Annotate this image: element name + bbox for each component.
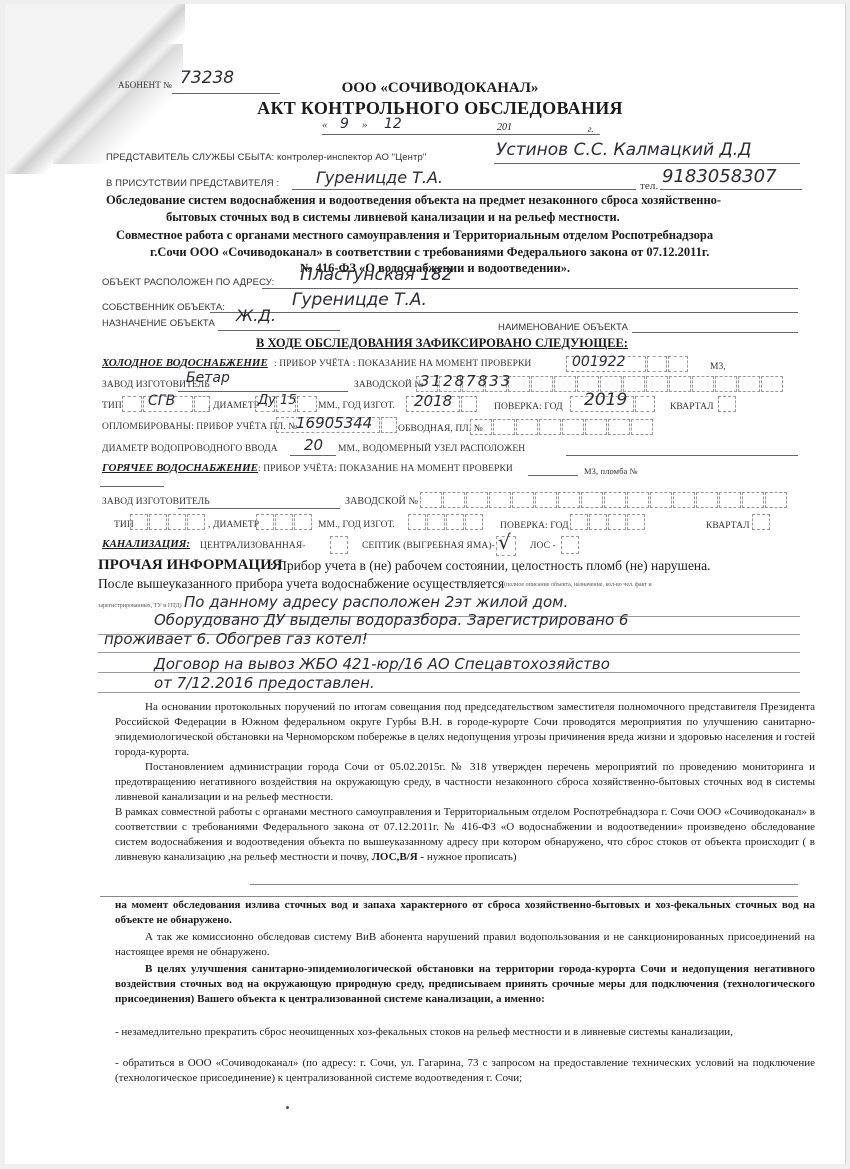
cold-diameter-label: , ДИАМЕТР bbox=[208, 401, 259, 411]
notes-rule-3 bbox=[98, 652, 800, 653]
address-underline bbox=[262, 288, 798, 289]
date-month: 12 bbox=[384, 116, 402, 132]
sewerage-section-label: КАНАЛИЗАЦИЯ: bbox=[102, 538, 190, 550]
cold-meter-label: : ПРИБОР УЧЁТА : ПОКАЗАНИЕ НА МОМЕНТ ПРО… bbox=[274, 359, 531, 369]
intro-line-4: г.Сочи ООО «Сочиводоканал» в соответстви… bbox=[150, 245, 709, 260]
body-paragraph-5-text: А так же комиссионно обследовав систему … bbox=[115, 930, 815, 960]
body-paragraph-3-bold: ЛОС,В/Я - bbox=[372, 851, 424, 863]
cold-verification-value: 2019 bbox=[584, 390, 627, 410]
findings-heading: В ХОДЕ ОБСЛЕДОВАНИЯ ЗАФИКСИРОВАНО СЛЕДУЮ… bbox=[256, 336, 628, 351]
presence-underline bbox=[292, 189, 636, 190]
notes-handwritten-3: проживает 6. Обогрев газ котел! bbox=[104, 630, 368, 648]
cold-inlet-unit-label: ММ., ВОДОМЕРНЫЙ УЗЕЛ РАСПОЛОЖЕН bbox=[338, 444, 525, 454]
hot-serial-boxes bbox=[420, 492, 788, 508]
septic-check-mark: √ bbox=[498, 530, 511, 554]
document-title: АКТ КОНТРОЛЬНОГО ОБСЛЕДОВАНИЯ bbox=[250, 98, 630, 119]
owner-label: СОБСТВЕННИК ОБЪЕКТА: bbox=[102, 302, 225, 313]
discharge-underline bbox=[250, 884, 798, 885]
notes-handwritten-2: Оборудовано ДУ выделы водоразбора. Зарег… bbox=[154, 611, 628, 629]
body-paragraph-8-text: - обратиться в ООО «Сочиводоканал» (по а… bbox=[115, 1056, 815, 1086]
cold-inlet-value: 20 bbox=[304, 436, 323, 454]
body-text-block: На основании протокольных поручений по и… bbox=[115, 700, 815, 865]
object-name-label: НАИМЕНОВАНИЕ ОБЪЕКТА bbox=[498, 322, 628, 333]
centralized-label: ЦЕНТРАЛИЗОВАННАЯ- bbox=[200, 541, 306, 551]
cold-mm-year-label: ММ., ГОД ИЗГОТ. bbox=[318, 401, 395, 411]
hot-seal-underline bbox=[100, 486, 164, 487]
purpose-value: Ж.Д. bbox=[236, 306, 276, 325]
notes-handwritten-4: Договор на вывоз ЖБО 421-юр/16 АО Спецав… bbox=[154, 655, 610, 673]
cold-serial-value: 31287833 bbox=[420, 372, 512, 390]
hot-verification-boxes bbox=[570, 514, 646, 530]
body-paragraph-7-text: - незамедлительно прекратить сброс неочи… bbox=[115, 1025, 815, 1040]
cold-type-value: СГВ bbox=[148, 393, 175, 409]
owner-underline bbox=[210, 312, 798, 313]
other-info-heading: ПРОЧАЯ ИНФОРМАЦИЯ bbox=[98, 557, 283, 574]
hot-mm-year-label: ММ., ГОД ИЗГОТ. bbox=[318, 520, 395, 530]
presence-value: Гуреницде Т.А. bbox=[316, 168, 443, 187]
phone-label: тел. bbox=[640, 180, 658, 192]
cold-unit-location-underline bbox=[566, 455, 798, 456]
hot-diameter-boxes bbox=[256, 514, 313, 530]
address-label: ОБЪЕКТ РАСПОЛОЖЕН ПО АДРЕСУ: bbox=[102, 277, 274, 288]
cold-unit-label: М3, bbox=[710, 362, 726, 372]
cold-quarter-box bbox=[718, 396, 737, 412]
purpose-label: НАЗНАЧЕНИЕ ОБЪЕКТА bbox=[102, 318, 215, 329]
body-paragraph-1: На основании протокольных поручений по и… bbox=[115, 700, 815, 760]
body-paragraph-4: на момент обследования излива сточных во… bbox=[115, 898, 815, 928]
presence-label: В ПРИСУТСТВИИ ПРЕДСТАВИТЕЛЯ : bbox=[106, 178, 279, 189]
cold-inlet-label: ДИАМЕТР ВОДОПРОВОДНОГО ВВОДА bbox=[102, 444, 278, 454]
other-info-line-2: После вышеуказанного прибора учета водос… bbox=[98, 576, 504, 592]
purpose-underline bbox=[218, 330, 340, 331]
service-rep-label: ПРЕДСТАВИТЕЛЬ СЛУЖБЫ СБЫТА: контролер-ин… bbox=[106, 152, 426, 163]
cold-serial-label: ЗАВОДСКОЙ № bbox=[354, 380, 424, 390]
cold-inlet-underline bbox=[290, 455, 336, 456]
body-paragraph-8: - обратиться в ООО «Сочиводоканал» (по а… bbox=[115, 1056, 815, 1086]
body-paragraph-5: А так же комиссионно обследовав систему … bbox=[115, 930, 815, 960]
cold-quarter-label: КВАРТАЛ bbox=[670, 402, 714, 412]
date-year-suffix: г. bbox=[588, 124, 594, 134]
date-open-quote: « bbox=[322, 119, 328, 131]
notes-handwritten-5: от 7/12.2016 предоставлен. bbox=[154, 674, 375, 692]
hot-serial-label: ЗАВОДСКОЙ № bbox=[345, 496, 418, 507]
cold-seal-value: 16905344 bbox=[296, 414, 372, 432]
hot-type-boxes bbox=[130, 514, 206, 530]
phone-underline bbox=[660, 189, 802, 190]
hot-meter-label: : ПРИБОР УЧЁТА: ПОКАЗАНИЕ НА МОМЕНТ ПРОВ… bbox=[258, 464, 513, 474]
body-paragraph-6-text: В целях улучшения санитарно-эпидемиологи… bbox=[115, 962, 815, 1007]
owner-value: Гуреницде Т.А. bbox=[292, 290, 427, 310]
hot-quarter-label: КВАРТАЛ bbox=[706, 521, 750, 531]
hot-water-section-label: ГОРЯЧЕЕ ВОДОСНАБЖЕНИЕ bbox=[102, 462, 258, 474]
subscriber-underline bbox=[172, 93, 280, 94]
subscriber-number: 73238 bbox=[180, 68, 234, 88]
discharge-underline-2 bbox=[100, 896, 798, 897]
cold-water-section-label: ХОЛОДНОЕ ВОДОСНАБЖЕНИЕ bbox=[102, 357, 268, 369]
scan-speck bbox=[286, 1106, 289, 1109]
subscriber-label: АБОНЕНТ № bbox=[118, 80, 172, 90]
date-year-prefix: 201 bbox=[497, 122, 512, 133]
hot-manufacturer-label: ЗАВОД ИЗГОТОВИТЕЛЬ bbox=[102, 497, 210, 507]
cold-sealed-label: ОПЛОМБИРОВАНЫ: ПРИБОР УЧЁТА ПЛ. № bbox=[102, 422, 297, 432]
body-paragraph-3-tail: нужное прописать) bbox=[424, 851, 517, 863]
other-info-hint-1: (полное описание объекта, назначение, ко… bbox=[504, 582, 652, 588]
address-value: Пластунская 182 bbox=[300, 265, 453, 285]
body-paragraph-2: Постановлением администрации города Сочи… bbox=[115, 760, 815, 805]
hot-unit-seal-label: М3, пломба № bbox=[584, 466, 638, 476]
notes-handwritten-1: По данному адресу расположен 2эт жилой д… bbox=[184, 593, 568, 611]
intro-line-1: Обследование систем водоснабжения и водо… bbox=[106, 193, 721, 208]
septic-label: СЕПТИК (ВЫГРЕБНАЯ ЯМА)- bbox=[362, 541, 495, 551]
intro-line-3: Совместное работа с органами местного са… bbox=[116, 228, 713, 243]
date-close-quote: » bbox=[362, 119, 368, 131]
service-rep-underline bbox=[494, 163, 800, 164]
body-paragraph-4-text: на момент обследования излива сточных во… bbox=[115, 898, 815, 928]
body-paragraph-3: В рамках совместной работы с органами ме… bbox=[115, 805, 815, 865]
los-checkbox[interactable] bbox=[561, 536, 579, 554]
los-label: ЛОС - bbox=[530, 541, 556, 551]
object-name-underline bbox=[632, 332, 798, 333]
other-info-line-1: : Прибор учета в (не) рабочем состоянии,… bbox=[270, 558, 711, 574]
org-name: ООО «СОЧИВОДОКАНАЛ» bbox=[290, 80, 590, 97]
notes-rule-5 bbox=[98, 692, 800, 693]
hot-reading-underline bbox=[528, 475, 578, 476]
body-paragraph-7: - незамедлительно прекратить сброс неочи… bbox=[115, 1025, 815, 1040]
cold-manufacturer-value: Бетар bbox=[186, 370, 230, 386]
hot-diameter-label: , ДИАМЕТР bbox=[208, 520, 259, 530]
cold-year-value: 2018 bbox=[414, 392, 452, 410]
intro-line-2: бытовых сточных вод в системы ливневой к… bbox=[166, 210, 620, 225]
phone-value: 9183058307 bbox=[662, 166, 777, 187]
centralized-checkbox[interactable] bbox=[330, 536, 348, 554]
other-info-hint-2: зарегистрированных, ТУ и ПТД) bbox=[98, 603, 182, 609]
cold-diameter-value: Ду 15 bbox=[258, 393, 297, 408]
cold-manufacturer-underline bbox=[178, 391, 348, 392]
cold-bypass-boxes bbox=[470, 419, 654, 435]
hot-year-boxes bbox=[408, 514, 484, 530]
cold-reading-value: 001922 bbox=[572, 354, 625, 370]
hot-quarter-box bbox=[752, 514, 771, 530]
date-day: 9 bbox=[340, 116, 349, 132]
fold-shadow bbox=[53, 44, 183, 164]
body-paragraph-6: В целях улучшения санитарно-эпидемиологи… bbox=[115, 962, 815, 1007]
cold-verification-label: ПОВЕРКА: ГОД bbox=[494, 402, 563, 412]
cold-type-label: ТИП bbox=[102, 401, 122, 411]
body-paragraph-5-span: А так же комиссионно обследовав систему … bbox=[115, 931, 815, 958]
hot-manufacturer-underline bbox=[178, 508, 340, 509]
date-underline bbox=[322, 134, 600, 135]
service-rep-value: Устинов С.С. Калмацкий Д.Д bbox=[496, 140, 751, 160]
